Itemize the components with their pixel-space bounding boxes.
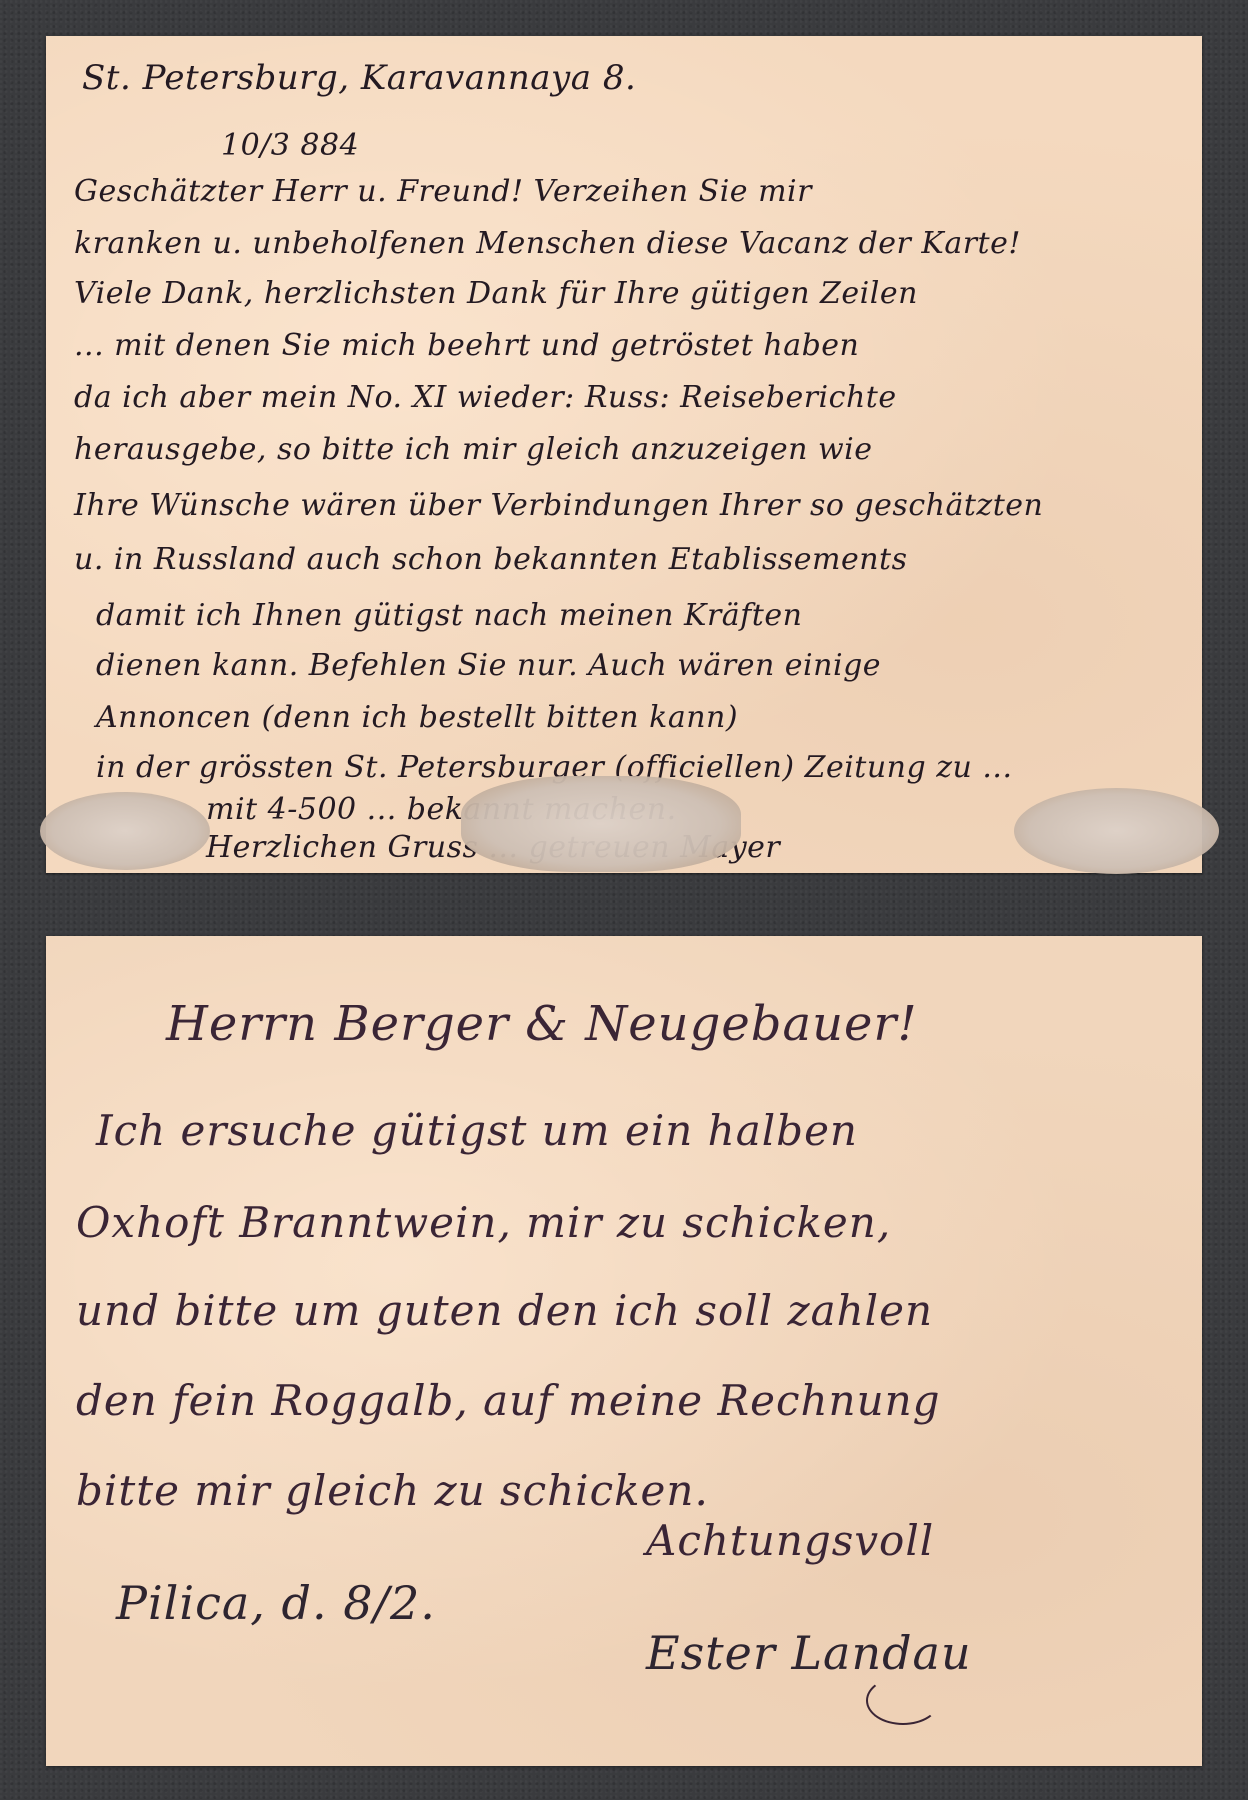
text-line: herausgebe, so bitte ich mir gleich anzu… bbox=[74, 432, 873, 467]
place-date: Pilica, d. 8/2. bbox=[116, 1576, 436, 1630]
signature: Ester Landau bbox=[646, 1626, 972, 1680]
text-line: da ich aber mein No. XI wieder: Russ: Re… bbox=[74, 380, 897, 415]
salutation: Herrn Berger & Neugebauer! bbox=[166, 996, 918, 1052]
text-line: dienen kann. Befehlen Sie nur. Auch wäre… bbox=[96, 648, 881, 683]
body-line: Ich ersuche gütigst um ein halben bbox=[96, 1106, 858, 1155]
text-line: Viele Dank, herzlichsten Dank für Ihre g… bbox=[74, 276, 918, 311]
body-line: Oxhoft Branntwein, mir zu schicken, bbox=[76, 1198, 891, 1247]
closing: Achtungsvoll bbox=[646, 1516, 934, 1565]
text-line: Ihre Wünsche wären über Verbindungen Ihr… bbox=[74, 488, 1043, 523]
body-line: den fein Roggalb, auf meine Rechnung bbox=[76, 1376, 941, 1425]
address-line: St. Petersburg, Karavannaya 8. bbox=[82, 58, 636, 98]
text-line: damit ich Ihnen gütigst nach meinen Kräf… bbox=[96, 598, 802, 633]
paper-stain bbox=[1014, 788, 1219, 874]
text-line: ... mit denen Sie mich beehrt und getrös… bbox=[74, 328, 859, 363]
text-line: Geschätzter Herr u. Freund! Verzeihen Si… bbox=[74, 174, 812, 209]
date-line: 10/3 884 bbox=[221, 128, 359, 163]
body-line: bitte mir gleich zu schicken. bbox=[76, 1466, 709, 1515]
text-line: u. in Russland auch schon bekannten Etab… bbox=[74, 542, 907, 577]
text-line: Annoncen (denn ich bestellt bitten kann) bbox=[96, 700, 738, 735]
postcard-order-side: Herrn Berger & Neugebauer! Ich ersuche g… bbox=[46, 936, 1202, 1766]
paper-stain bbox=[40, 792, 210, 870]
text-line: kranken u. unbeholfenen Menschen diese V… bbox=[74, 226, 1021, 261]
body-line: und bitte um guten den ich soll zahlen bbox=[76, 1286, 933, 1335]
postcard-message-side: St. Petersburg, Karavannaya 8. 10/3 884 … bbox=[46, 36, 1202, 873]
paper-stain bbox=[461, 776, 741, 872]
signature-flourish bbox=[866, 1676, 940, 1725]
